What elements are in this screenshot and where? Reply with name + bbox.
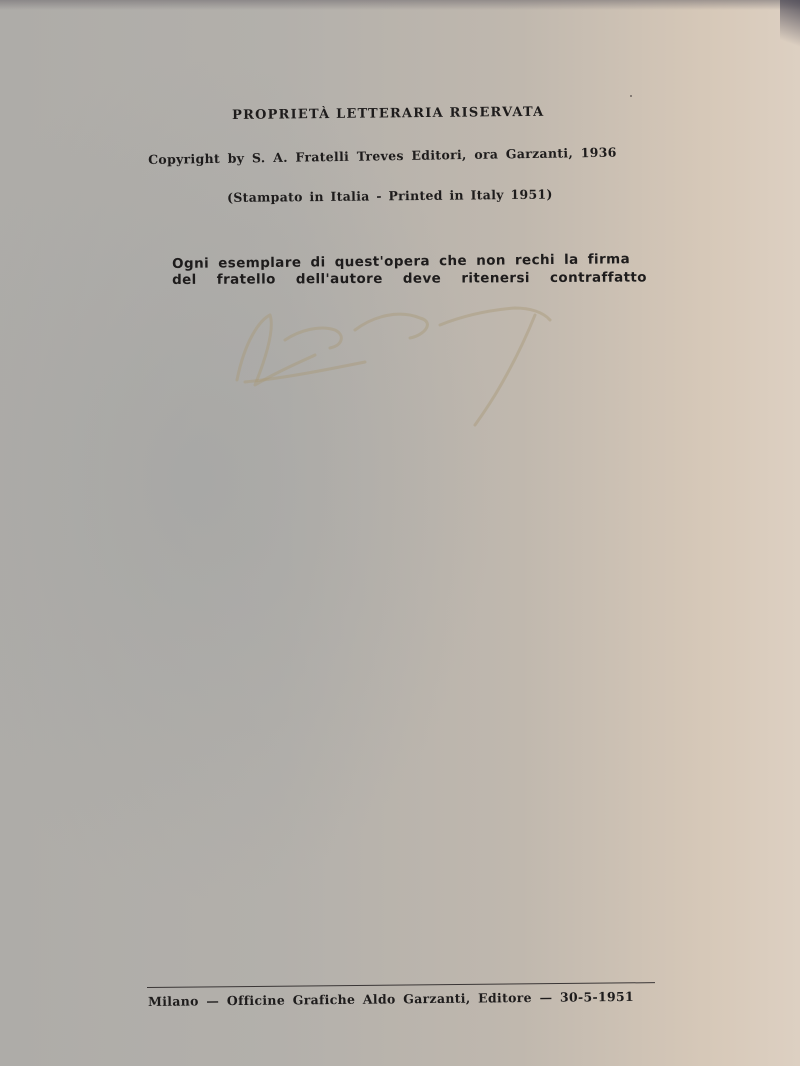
authenticity-notice-line-1: Ogni esemplare di quest'opera che non re… [172, 251, 630, 272]
paper-speck [630, 95, 632, 97]
copyright-line: Copyright by S. A. Fratelli Treves Edito… [148, 145, 617, 167]
printer-imprint: Milano — Officine Grafiche Aldo Garzanti… [148, 989, 634, 1009]
authenticity-notice-line-2: del fratello dell'autore deve ritenersi … [172, 270, 647, 288]
printed-in-line: (Stampato in Italia - Printed in Italy 1… [227, 187, 553, 205]
handwritten-signature [225, 300, 565, 430]
footer-rule [147, 982, 655, 988]
rights-reserved-heading: PROPRIETÀ LETTERARIA RISERVATA [232, 105, 544, 123]
book-page: PROPRIETÀ LETTERARIA RISERVATA Copyright… [0, 0, 800, 1066]
